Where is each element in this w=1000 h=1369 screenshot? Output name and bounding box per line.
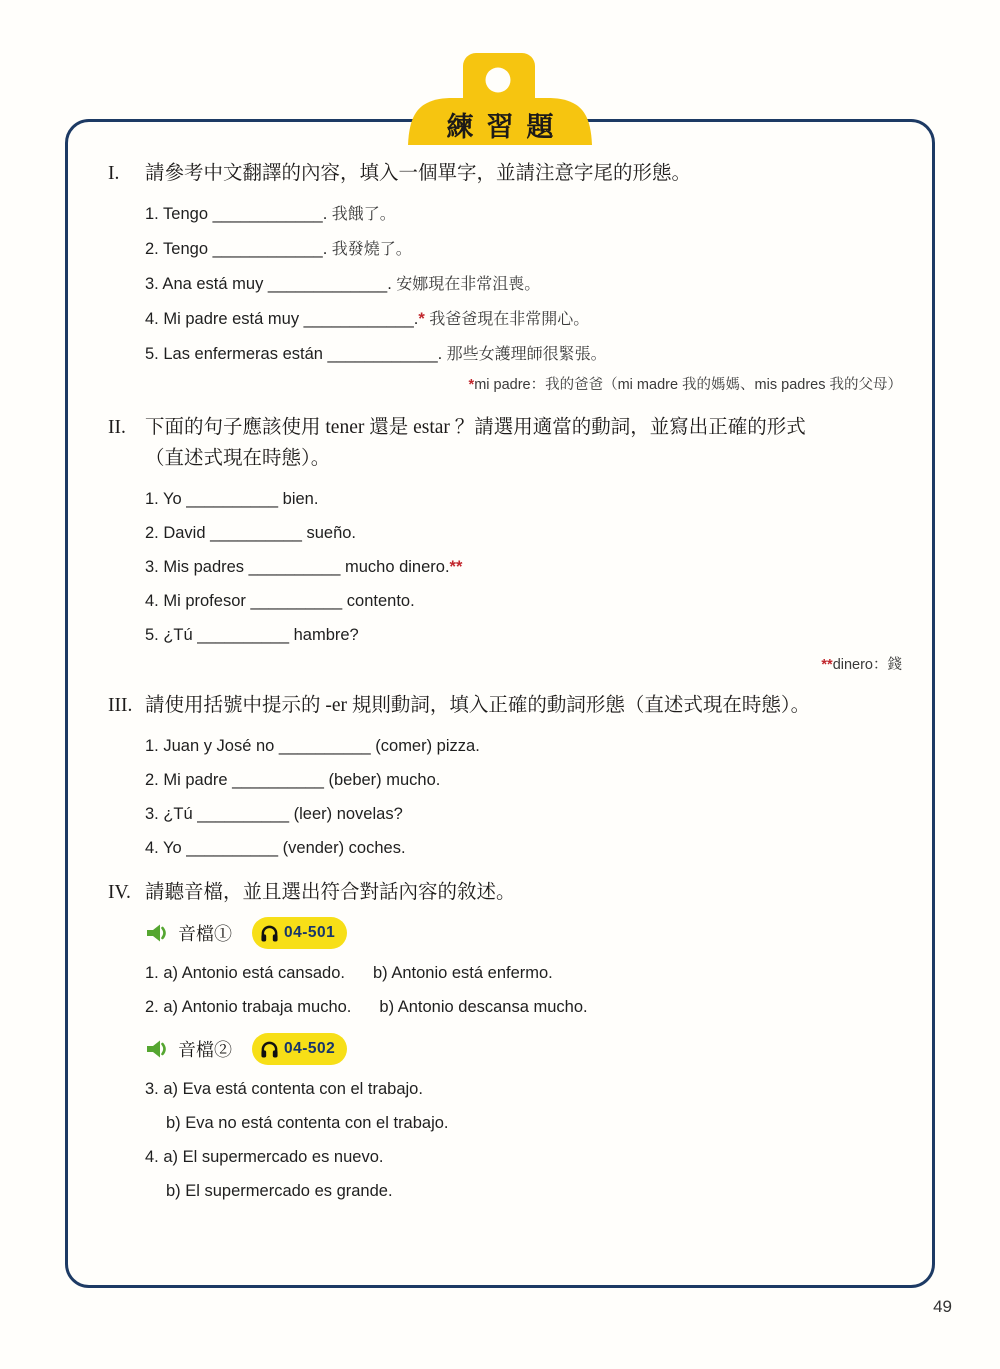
audio-label-2: 音檔②	[178, 1036, 232, 1062]
exercise-item: 3. a) Eva está contenta con el trabajo.	[145, 1072, 902, 1106]
exercise-item: 4. Mi profesor __________ contento.	[145, 584, 902, 618]
audio-code-1: 04-501	[284, 924, 335, 942]
red-asterisk: **	[821, 657, 832, 673]
section-1-number: I.	[108, 158, 145, 189]
audio-row-2: 音檔② 04-502	[145, 1031, 902, 1067]
exercise-item: 1. Yo __________ bien.	[145, 482, 902, 516]
clip-hole	[486, 68, 511, 93]
audio-label-1: 音檔①	[178, 920, 232, 946]
section-4: IV. 請聽音檔，並且選出符合對話內容的敘述。 音檔① 04-501 1. a)…	[108, 877, 902, 1208]
footnote-mi-padre: *mi padre：我的爸爸（mi madre 我的媽媽、mis padres …	[108, 374, 902, 396]
exercise-item: 2. David __________ sueño.	[145, 516, 902, 550]
exercise-item: 1. a) Antonio está cansado.b) Antonio es…	[145, 956, 902, 990]
section-1-items: 1. Tengo ____________. 我餓了。 2. Tengo ___…	[145, 197, 902, 372]
headphones-icon	[260, 924, 279, 942]
exercise-item: 2. a) Antonio trabaja mucho.b) Antonio d…	[145, 990, 902, 1024]
section-4-title: IV. 請聽音檔，並且選出符合對話內容的敘述。	[108, 877, 902, 908]
practice-tab: 練習題	[405, 53, 595, 145]
exercise-item: 5. ¿Tú __________ hambre?	[145, 618, 902, 652]
page-number: 49	[933, 1297, 952, 1317]
section-1: I. 請參考中文翻譯的內容，填入一個單字，並請注意字尾的形態。 1. Tengo…	[108, 158, 902, 396]
speaker-icon	[145, 1037, 169, 1061]
exercise-box: I. 請參考中文翻譯的內容，填入一個單字，並請注意字尾的形態。 1. Tengo…	[65, 119, 935, 1288]
exercise-item: 1. Tengo ____________. 我餓了。	[145, 197, 902, 232]
section-3-items: 1. Juan y José no __________ (comer) piz…	[145, 729, 902, 865]
tab-title: 練習題	[408, 105, 592, 144]
section-2: II. 下面的句子應該使用 tener 還是 estar ？請選用適當的動詞，並…	[108, 412, 902, 676]
exercise-item: b) El supermercado es grande.	[166, 1174, 902, 1208]
exercise-item: 2. Tengo ____________. 我發燒了。	[145, 232, 902, 267]
exercise-item: b) Eva no está contenta con el trabajo.	[166, 1106, 902, 1140]
speaker-icon	[145, 921, 169, 945]
audio-row-1: 音檔① 04-501	[145, 915, 902, 951]
headphones-icon	[260, 1040, 279, 1058]
section-2-title: II. 下面的句子應該使用 tener 還是 estar ？請選用適當的動詞，並…	[108, 412, 902, 474]
section-4-items-b: 3. a) Eva está contenta con el trabajo. …	[145, 1072, 902, 1208]
section-2-items: 1. Yo __________ bien. 2. David ________…	[145, 482, 902, 652]
red-asterisk: **	[450, 558, 463, 576]
section-3: III. 請使用括號中提示的 -er 規則動詞，填入正確的動詞形態（直述式現在時…	[108, 690, 902, 865]
exercise-item: 4. Mi padre está muy ____________.* 我爸爸現…	[145, 302, 902, 337]
textbook-page: 練習題 I. 請參考中文翻譯的內容，填入一個單字，並請注意字尾的形態。 1. T…	[0, 0, 1000, 1369]
section-3-title: III. 請使用括號中提示的 -er 規則動詞，填入正確的動詞形態（直述式現在時…	[108, 690, 902, 721]
footnote-dinero: **dinero：錢	[108, 654, 902, 676]
exercise-item: 4. a) El supermercado es nuevo.	[145, 1140, 902, 1174]
section-3-number: III.	[108, 690, 145, 721]
audio-code-2: 04-502	[284, 1040, 335, 1058]
audio-code-badge-2: 04-502	[252, 1033, 347, 1065]
exercise-item: 2. Mi padre __________ (beber) mucho.	[145, 763, 902, 797]
exercise-item: 5. Las enfermeras están ____________. 那些…	[145, 337, 902, 372]
exercise-item: 3. Mis padres __________ mucho dinero.**	[145, 550, 902, 584]
section-4-number: IV.	[108, 877, 145, 908]
section-1-title: I. 請參考中文翻譯的內容，填入一個單字，並請注意字尾的形態。	[108, 158, 902, 189]
exercise-item: 3. Ana está muy _____________. 安娜現在非常沮喪。	[145, 267, 902, 302]
exercise-item: 1. Juan y José no __________ (comer) piz…	[145, 729, 902, 763]
section-4-items-a: 1. a) Antonio está cansado.b) Antonio es…	[145, 956, 902, 1024]
section-2-number: II.	[108, 412, 145, 474]
exercise-item: 4. Yo __________ (vender) coches.	[145, 831, 902, 865]
audio-code-badge-1: 04-501	[252, 917, 347, 949]
exercise-item: 3. ¿Tú __________ (leer) novelas?	[145, 797, 902, 831]
